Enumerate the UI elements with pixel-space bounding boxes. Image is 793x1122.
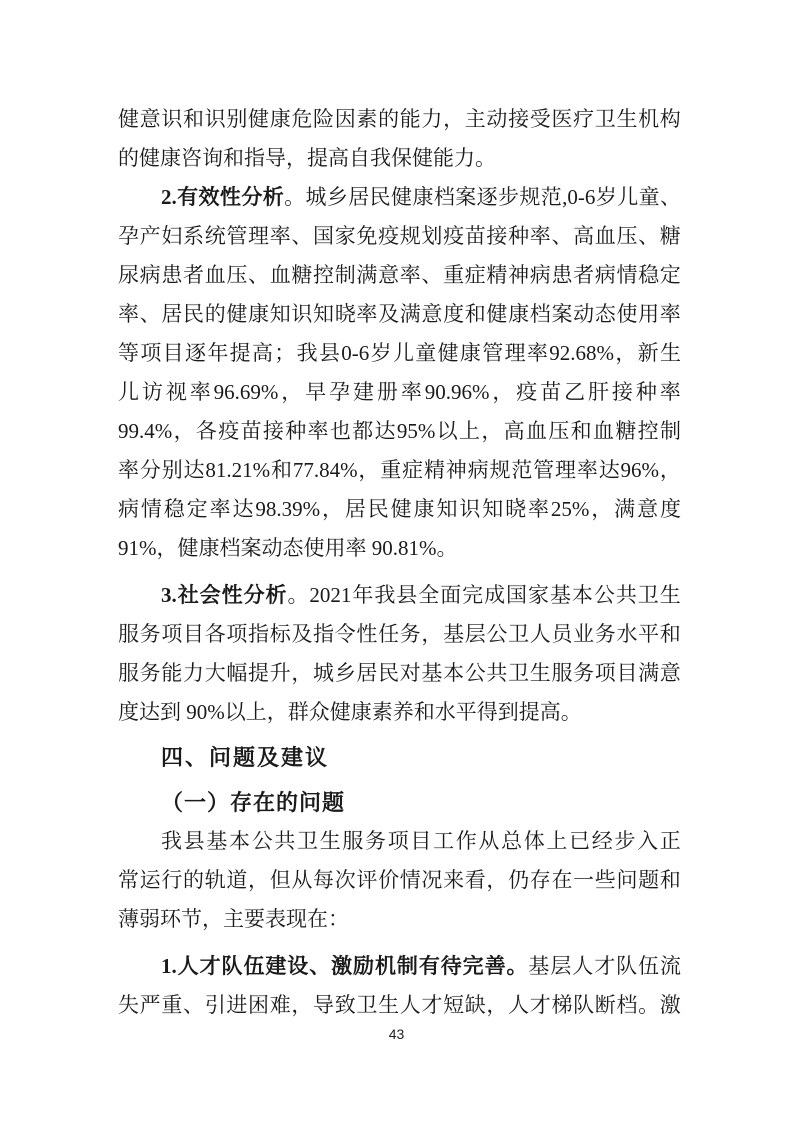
text-run: 基 [528, 947, 549, 986]
text-run: 服 [118, 615, 139, 654]
text-run: 使 [616, 295, 637, 334]
text-run: 题 [638, 861, 659, 900]
text-run: 压 [616, 217, 637, 256]
bold-text-run: 。 [507, 947, 528, 986]
text-run: 乡 [327, 178, 348, 217]
bold-text-run: 有 [177, 178, 198, 217]
text-run: 率 [400, 256, 421, 295]
text-run: 满 [614, 490, 635, 529]
text-run: 2021 [309, 576, 351, 615]
text-run: 服 [342, 822, 363, 861]
text-run: 生 [530, 654, 551, 693]
text-run: ， [291, 986, 312, 1025]
text-run: 因 [335, 100, 356, 139]
text-run: 项 [595, 654, 616, 693]
text-run: 糖 [660, 217, 681, 256]
text-run: 成 [484, 576, 505, 615]
text-run: 的 [378, 100, 399, 139]
text-run: 制 [660, 412, 681, 451]
text-run: 病 [140, 256, 161, 295]
text-run: 理 [505, 334, 526, 373]
text-run: 理 [248, 217, 269, 256]
text-run: 和 [571, 412, 592, 451]
text-line: 孕产妇系统管理率、国家免疫规划疫苗接种率、高血压、糖 [118, 217, 681, 256]
text-run: 童 [639, 178, 660, 217]
text-run: 率 [530, 217, 551, 256]
text-run: 情 [141, 490, 162, 529]
bold-text-run: 设 [287, 947, 308, 986]
text-run: 才 [594, 947, 615, 986]
text-run: 目 [616, 654, 637, 693]
text-run: 力 [421, 100, 442, 139]
text-run: 年 [207, 334, 228, 373]
text-run: 价 [378, 861, 399, 900]
text-line: 率、居民的健康知识知晓率及满意度和健康档案动态使用率 [118, 295, 681, 334]
text-run: ,0-6 [562, 178, 595, 217]
text-run: 90.96% [425, 373, 490, 412]
text-run: 接 [486, 217, 507, 256]
text-run: 档 [434, 178, 455, 217]
text-run: 乙 [564, 373, 585, 412]
text-run: 经 [592, 822, 613, 861]
text-run: 共 [616, 576, 637, 615]
bold-text-run: 社 [178, 576, 199, 615]
text-line: 3.社会性分析。2021年我县全面完成国家基本公共卫生 [118, 576, 681, 615]
text-run: 知 [270, 295, 291, 334]
text-run: 正 [660, 822, 681, 861]
text-run: 稳 [638, 256, 659, 295]
text-run: 薄弱环节，主要表现在： [118, 900, 349, 939]
text-run: ， [615, 334, 636, 373]
text-run: 、 [248, 256, 269, 295]
text-run: 率 [308, 412, 329, 451]
text-run: 才 [421, 986, 442, 1025]
text-run: 达 [599, 451, 620, 490]
text-run: 率 [118, 295, 139, 334]
text-run: 服 [118, 654, 139, 693]
text-run: 总 [501, 822, 522, 861]
text-run: 别 [162, 451, 183, 490]
text-run: 和 [660, 615, 681, 654]
bold-text-run: 伍 [243, 947, 264, 986]
text-line: 91%，健康档案动态使用率 90.81%。 [118, 529, 681, 568]
text-run: 高 [504, 412, 525, 451]
bold-text-run: 分 [244, 576, 265, 615]
text-run: 血 [593, 412, 614, 451]
text-run: 步 [614, 822, 635, 861]
text-run: 苗 [540, 373, 561, 412]
text-run: 率 [270, 217, 291, 256]
text-run: ， [174, 412, 195, 451]
text-run: 孕 [118, 217, 139, 256]
text-run: 妇 [161, 217, 182, 256]
text-run: 指 [313, 615, 334, 654]
text-run: 情 [400, 861, 421, 900]
text-run: 务 [595, 615, 616, 654]
text-run: ， [486, 861, 507, 900]
text-run: 务 [573, 654, 594, 693]
text-run: 神 [508, 256, 529, 295]
text-line: 尿病患者血压、血糖控制满意率、重症精神病患者病情稳定 [118, 256, 681, 295]
text-run: 档 [530, 295, 551, 334]
text-run: 新 [638, 334, 659, 373]
text-line: 度达到 90%以上，群众健康素养和水平得到提高。 [118, 693, 681, 732]
text-run: 进 [226, 986, 247, 1025]
text-run: 童 [415, 334, 436, 373]
text-line: 等项目逐年提高；我县0-6岁儿童健康管理率92.68%，新生 [118, 334, 681, 373]
text-run: 任 [378, 615, 399, 654]
text-run: 接 [612, 373, 633, 412]
text-line: 1.人才队伍建设、激励机制有待完善。基层人才队伍流 [118, 947, 681, 986]
text-run: 业 [573, 615, 594, 654]
text-run: 提 [248, 654, 269, 693]
text-run: 提 [230, 334, 251, 373]
text-run: 91%，健康档案动态使用率 90.81%。 [118, 529, 458, 568]
text-run: 以 [437, 412, 458, 451]
text-run: ， [358, 451, 379, 490]
text-run: 困 [248, 986, 269, 1025]
text-run: 指 [248, 615, 269, 654]
text-run: 种 [636, 373, 657, 412]
text-run: 缺 [465, 986, 486, 1025]
text-run: 每 [313, 861, 334, 900]
text-run: 但 [270, 861, 291, 900]
text-run: 居 [356, 654, 377, 693]
bold-text-run: 机 [375, 947, 396, 986]
text-run: 意 [140, 100, 161, 139]
text-run: 危 [291, 100, 312, 139]
text-run: 精 [424, 451, 445, 490]
text-run: 病 [595, 256, 616, 295]
text-run: 常 [118, 861, 139, 900]
text-run: 队 [573, 986, 594, 1025]
bold-text-run: 待 [441, 947, 462, 986]
text-run: 康 [412, 178, 433, 217]
bold-text-run: 人 [178, 947, 199, 986]
text-line: 2.有效性分析。城乡居民健康档案逐步规范,0-6岁儿童、 [118, 178, 681, 217]
document-page: 健意识和识别健康危险因素的能力，主动接受医疗卫生机构的健康咨询和指导，提高自我保… [0, 0, 793, 1122]
bold-text-run: 励 [353, 947, 374, 986]
bold-text-run: 队 [222, 947, 243, 986]
text-run: 康 [460, 334, 481, 373]
text-run: 公 [465, 654, 486, 693]
text-run: 产 [140, 217, 161, 256]
text-run: 城 [313, 654, 334, 693]
text-run: 升 [270, 654, 291, 693]
text-run: 接 [508, 100, 529, 139]
text-run: ， [248, 861, 269, 900]
text-run: 者 [573, 256, 594, 295]
text-run: 分 [140, 451, 161, 490]
text-run: 满 [400, 295, 421, 334]
text-run: 上 [546, 822, 567, 861]
text-run: 生 [378, 986, 399, 1025]
text-run: 县 [396, 576, 417, 615]
text-run: 步 [498, 178, 519, 217]
text-run: 和 [465, 295, 486, 334]
text-line: 四、问题及建议 [118, 738, 681, 777]
text-run: 率 [660, 295, 681, 334]
text-run: 来 [443, 861, 464, 900]
text-run: 本 [229, 822, 250, 861]
text-run: 家 [335, 217, 356, 256]
text-run: 健 [391, 178, 412, 217]
text-run: ， [486, 986, 507, 1025]
text-run: 各 [196, 412, 217, 451]
text-run: 制 [335, 256, 356, 295]
text-run: 率 [528, 490, 549, 529]
text-run: 案 [455, 178, 476, 217]
text-run: 率 [118, 451, 139, 490]
text-run: 率 [190, 373, 211, 412]
text-run: 接 [263, 412, 284, 451]
text-run: 务 [140, 654, 161, 693]
text-run: 已 [569, 822, 590, 861]
text-run: 管 [533, 451, 554, 490]
text-run: 、 [551, 217, 572, 256]
text-run: 上 [459, 412, 480, 451]
text-run: 评 [356, 861, 377, 900]
text-run: 管 [226, 217, 247, 256]
text-run: 96% [621, 451, 660, 490]
text-run: 、 [660, 178, 681, 217]
text-run: 满 [638, 654, 659, 693]
text-run: 知 [313, 295, 334, 334]
bold-text-run: 性 [222, 576, 243, 615]
text-run: 早 [305, 373, 326, 412]
text-run: 25% [551, 490, 590, 529]
text-run: 民 [183, 295, 204, 334]
text-run: 项 [140, 334, 161, 373]
text-run: 情 [616, 256, 637, 295]
text-run: 民 [368, 490, 389, 529]
text-run: 引 [205, 986, 226, 1025]
text-run: 意 [421, 295, 442, 334]
text-run: 康 [414, 490, 435, 529]
text-run: 疗 [573, 100, 594, 139]
text-run: 主 [465, 100, 486, 139]
text-run: 从 [478, 822, 499, 861]
text-run: 及 [378, 295, 399, 334]
text-run: 才 [530, 986, 551, 1025]
text-run: 尿 [118, 256, 139, 295]
text-run: 知 [482, 490, 503, 529]
text-run: 全 [418, 576, 439, 615]
text-run: 统 [205, 217, 226, 256]
text-run: 晓 [505, 490, 526, 529]
text-run: 本 [572, 576, 593, 615]
text-run: 范 [511, 451, 532, 490]
text-run: 从 [291, 861, 312, 900]
bold-text-run: 性 [220, 178, 241, 217]
text-run: 层 [465, 615, 486, 654]
text-run: 92.68% [549, 334, 614, 373]
text-run: 别 [226, 100, 247, 139]
text-run: 在 [551, 861, 572, 900]
text-run: 各 [205, 615, 226, 654]
text-run: 管 [482, 334, 503, 373]
text-run: 卫 [638, 576, 659, 615]
text-run: 血 [526, 412, 547, 451]
text-run: 健 [226, 295, 247, 334]
text-run: 短 [443, 986, 464, 1025]
text-run: 险 [313, 100, 334, 139]
text-run: 动 [573, 295, 594, 334]
text-run: 完 [462, 576, 483, 615]
text-run: 看 [465, 861, 486, 900]
text-run: 者 [183, 256, 204, 295]
text-run: 苗 [241, 412, 262, 451]
text-run: 服 [551, 654, 572, 693]
text-run: 建 [353, 373, 374, 412]
text-run: ， [660, 451, 681, 490]
text-run: 重 [380, 451, 401, 490]
text-run: 项 [388, 822, 409, 861]
text-run: 。 [284, 178, 305, 217]
text-run: 晓 [335, 295, 356, 334]
text-run: 机 [638, 100, 659, 139]
text-run: 种 [508, 217, 529, 256]
text-run: 生 [660, 576, 681, 615]
text-run: 的 [183, 861, 204, 900]
text-run: 存 [530, 861, 551, 900]
text-run: 儿 [393, 334, 414, 373]
text-run: 康 [508, 295, 529, 334]
text-run: 性 [356, 615, 377, 654]
text-run: 健 [391, 490, 412, 529]
bold-text-run: 析 [266, 576, 287, 615]
text-line: 服务能力大幅提升，城乡居民对基本公共卫生服务项目满意 [118, 654, 681, 693]
text-run: 和 [183, 100, 204, 139]
bold-text-run: 有 [419, 947, 440, 986]
text-run: 标 [270, 615, 291, 654]
text-run: 知 [436, 490, 457, 529]
text-run: 、 [140, 295, 161, 334]
text-run: 率 [660, 373, 681, 412]
text-run: 公 [486, 615, 507, 654]
text-run: 重 [443, 256, 464, 295]
text-run: 系 [183, 217, 204, 256]
text-run: 神 [446, 451, 467, 490]
text-run: 务 [140, 615, 161, 654]
text-run: 人 [572, 947, 593, 986]
text-run: ， [591, 490, 612, 529]
bold-text-run: 善 [485, 947, 506, 986]
text-run: 我 [297, 334, 318, 373]
text-run: 访 [142, 373, 163, 412]
bold-text-run: 1. [161, 947, 177, 986]
text-run: 0-6 [341, 334, 369, 373]
text-run: 卫 [595, 100, 616, 139]
text-run: 肝 [588, 373, 609, 412]
text-run: 乡 [335, 654, 356, 693]
text-run: 致 [335, 986, 356, 1025]
text-run: 道 [226, 861, 247, 900]
text-line: 99.4%，各疫苗接种率也都达95%以上，高血压和血糖控制 [118, 412, 681, 451]
text-run: 意 [660, 654, 681, 693]
text-run: 症 [402, 451, 423, 490]
text-line: 病情稳定率达98.39%，居民健康知识知晓率25%，满意度 [118, 490, 681, 529]
text-run: 、 [421, 256, 442, 295]
text-run: 平 [638, 615, 659, 654]
text-run: 令 [335, 615, 356, 654]
text-run: 作 [456, 822, 477, 861]
text-run: 识 [161, 100, 182, 139]
text-run: 断 [595, 986, 616, 1025]
text-line: 儿访视率96.69%，早孕建册率90.96%，疫苗乙肝接种率 [118, 373, 681, 412]
text-run: 生 [660, 334, 681, 373]
text-run: 我 [161, 822, 182, 861]
text-run: 也 [330, 412, 351, 451]
text-run: 规 [519, 178, 540, 217]
text-run: 水 [616, 615, 637, 654]
text-run: 率 [527, 334, 548, 373]
text-run: 免 [356, 217, 377, 256]
text-run: 规 [400, 217, 421, 256]
text-run: 等 [118, 334, 139, 373]
text-run: 健 [248, 100, 269, 139]
text-run: 幅 [226, 654, 247, 693]
text-run: 卫 [508, 654, 529, 693]
text-run: 病 [468, 451, 489, 490]
text-run: 居 [345, 490, 366, 529]
text-run: 问 [616, 861, 637, 900]
text-run: ， [322, 490, 343, 529]
text-run: 孕 [329, 373, 350, 412]
text-run: 体 [524, 822, 545, 861]
text-run: 基 [443, 615, 464, 654]
text-run: 血 [270, 256, 291, 295]
bold-text-run: 3. [161, 576, 177, 615]
bold-text-run: 分 [241, 178, 262, 217]
bold-text-run: 激 [331, 947, 352, 986]
text-run: 都 [352, 412, 373, 451]
text-run: 和 [271, 451, 292, 490]
text-run: 用 [638, 295, 659, 334]
text-run: 国 [313, 217, 334, 256]
text-run: 能 [400, 100, 421, 139]
text-run: 控 [638, 412, 659, 451]
text-run: 基 [206, 822, 227, 861]
text-run: 城 [305, 178, 326, 217]
text-run: 册 [377, 373, 398, 412]
text-run: 我 [374, 576, 395, 615]
text-run: 99.4% [118, 412, 172, 451]
text-run: 能 [161, 654, 182, 693]
text-run: 的 [205, 295, 226, 334]
text-run: 梯 [551, 986, 572, 1025]
text-run: 率 [577, 451, 598, 490]
text-run: 生 [616, 100, 637, 139]
text-run: 基 [550, 576, 571, 615]
text-run: 健 [486, 295, 507, 334]
text-run: ； [274, 334, 295, 373]
text-run: 国 [506, 576, 527, 615]
text-run: 及 [291, 615, 312, 654]
text-run: 目 [410, 822, 431, 861]
bold-text-run: 建 [265, 947, 286, 986]
text-run: ， [421, 615, 442, 654]
text-run: 档 [616, 986, 637, 1025]
text-run: 受 [530, 100, 551, 139]
text-run: 识 [291, 295, 312, 334]
text-run: 入 [637, 822, 658, 861]
text-run: 77.84% [293, 451, 358, 490]
text-run: 项 [161, 615, 182, 654]
bold-text-run: 制 [397, 947, 418, 986]
text-run: 高 [573, 217, 594, 256]
text-run: 公 [252, 822, 273, 861]
